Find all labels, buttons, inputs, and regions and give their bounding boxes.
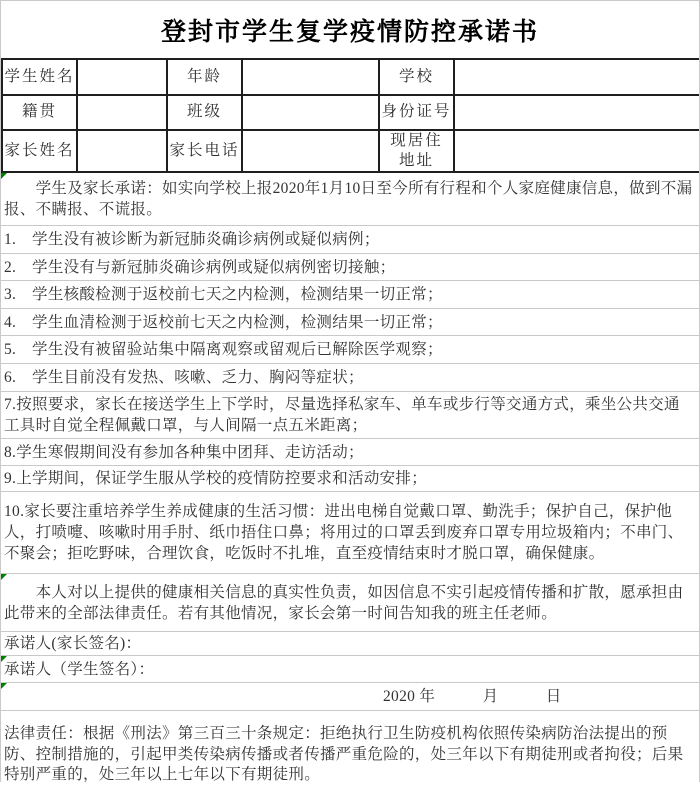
- label-student-name: 学生姓名: [2, 59, 77, 95]
- list-item-text: 9.上学期间，保证学生服从学校的疫情防控要求和活动安排；: [4, 468, 427, 489]
- label-parent-name: 家长姓名: [2, 130, 77, 172]
- list-item-text: 7.按照要求，家长在接送学生上下学时，尽量选择私家车、单车或步行等交通方式，乘坐…: [4, 394, 694, 436]
- title-section: 登封市学生复学疫情防控承诺书: [1, 1, 699, 58]
- label-class: 班级: [167, 95, 242, 130]
- date-line: 2020 年 月 日: [1, 683, 699, 711]
- pledge-text: 学生及家长承诺：如实向学校上报2020年1月10日至今所有行程和个人家庭健康信息…: [4, 178, 694, 220]
- label-current-address: 现居住 地址: [379, 130, 454, 172]
- list-item-5: 5. 学生没有被留验站集中隔离观察或留观后已解除医学观察；: [1, 336, 699, 364]
- table-row: 学生姓名 年龄 学校: [2, 59, 700, 95]
- cell-flag-icon: [1, 683, 7, 689]
- document-title: 登封市学生复学疫情防控承诺书: [161, 12, 539, 48]
- list-item-text: 6. 学生目前没有发热、咳嗽、乏力、胸闷等症状；: [4, 367, 364, 388]
- field-id-number[interactable]: [454, 95, 700, 130]
- list-item-3: 3. 学生核酸检测于返校前七天之内检测，检测结果一切正常；: [1, 281, 699, 309]
- cell-flag-icon: [1, 574, 7, 580]
- label-native-place: 籍贯: [2, 95, 77, 130]
- cell-flag-icon: [1, 173, 7, 179]
- list-item-text: 4. 学生血清检测于返校前七天之内检测，检测结果一切正常；: [4, 312, 443, 333]
- list-item-4: 4. 学生血清检测于返校前七天之内检测，检测结果一切正常；: [1, 309, 699, 336]
- field-student-name[interactable]: [77, 59, 167, 95]
- list-item-text: 2. 学生没有与新冠肺炎确诊病例或疑似病例密切接触；: [4, 257, 395, 278]
- list-item-text: 10.家长要注重培养学生养成健康的生活习惯：进出电梯自觉戴口罩、勤洗手；保护自己…: [4, 501, 694, 564]
- list-item-6: 6. 学生目前没有发热、咳嗽、乏力、胸闷等症状；: [1, 364, 699, 392]
- list-item-10: 10.家长要注重培养学生养成健康的生活习惯：进出电梯自觉戴口罩、勤洗手；保护自己…: [1, 492, 699, 574]
- field-native-place[interactable]: [77, 95, 167, 130]
- list-item-2: 2. 学生没有与新冠肺炎确诊病例或疑似病例密切接触；: [1, 254, 699, 281]
- signature-line-student: 承诺人（学生签名）：: [1, 656, 699, 683]
- pledge-paragraph: 学生及家长承诺：如实向学校上报2020年1月10日至今所有行程和个人家庭健康信息…: [1, 173, 699, 226]
- label-id-number: 身份证号: [379, 95, 454, 130]
- signature-student-label: 承诺人（学生签名）：: [4, 659, 154, 680]
- field-current-address[interactable]: [454, 130, 700, 172]
- field-parent-name[interactable]: [77, 130, 167, 172]
- label-school: 学校: [379, 59, 454, 95]
- table-row: 家长姓名 家长电话 现居住 地址: [2, 130, 700, 172]
- liability-paragraph: 本人对以上提供的健康相关信息的真实性负责，如因信息不实引起疫情传播和扩散，愿承担…: [1, 574, 699, 632]
- field-parent-phone[interactable]: [242, 130, 379, 172]
- legal-notice: 法律责任：根据《刑法》第三百三十条规定：拒绝执行卫生防疫机构依照传染病防治法提出…: [1, 711, 699, 782]
- label-parent-phone: 家长电话: [167, 130, 242, 172]
- list-item-8: 8.学生寒假期间没有参加各种集中团拜、走访活动；: [1, 439, 699, 466]
- list-item-7: 7.按照要求，家长在接送学生上下学时，尽量选择私家车、单车或步行等交通方式，乘坐…: [1, 392, 699, 439]
- document: 登封市学生复学疫情防控承诺书 学生姓名 年龄 学校 籍贯 班级 身份证号: [0, 0, 700, 782]
- table-row: 籍贯 班级 身份证号: [2, 95, 700, 130]
- list-item-text: 1. 学生没有被诊断为新冠肺炎确诊病例或疑似病例；: [4, 229, 380, 250]
- date-text: 2020 年 月 日: [383, 686, 562, 707]
- field-class[interactable]: [242, 95, 379, 130]
- label-age: 年龄: [167, 59, 242, 95]
- field-school[interactable]: [454, 59, 700, 95]
- list-item-1: 1. 学生没有被诊断为新冠肺炎确诊病例或疑似病例；: [1, 226, 699, 254]
- list-item-9: 9.上学期间，保证学生服从学校的疫情防控要求和活动安排；: [1, 466, 699, 492]
- list-item-text: 3. 学生核酸检测于返校前七天之内检测，检测结果一切正常；: [4, 284, 443, 305]
- list-item-text: 8.学生寒假期间没有参加各种集中团拜、走访活动；: [4, 442, 364, 463]
- liability-text: 本人对以上提供的健康相关信息的真实性负责，如因信息不实引起疫情传播和扩散，愿承担…: [4, 582, 694, 624]
- student-info-table: 学生姓名 年龄 学校 籍贯 班级 身份证号 家长姓名 家长电话 现居住: [1, 58, 700, 173]
- legal-notice-text: 法律责任：根据《刑法》第三百三十条规定：拒绝执行卫生防疫机构依照传染病防治法提出…: [4, 724, 694, 782]
- field-age[interactable]: [242, 59, 379, 95]
- signature-parent-label: 承诺人(家长签名)：: [4, 633, 141, 654]
- list-item-text: 5. 学生没有被留验站集中隔离观察或留观后已解除医学观察；: [4, 339, 443, 360]
- cell-flag-icon: [1, 656, 7, 662]
- signature-line-parent: 承诺人(家长签名)：: [1, 632, 699, 656]
